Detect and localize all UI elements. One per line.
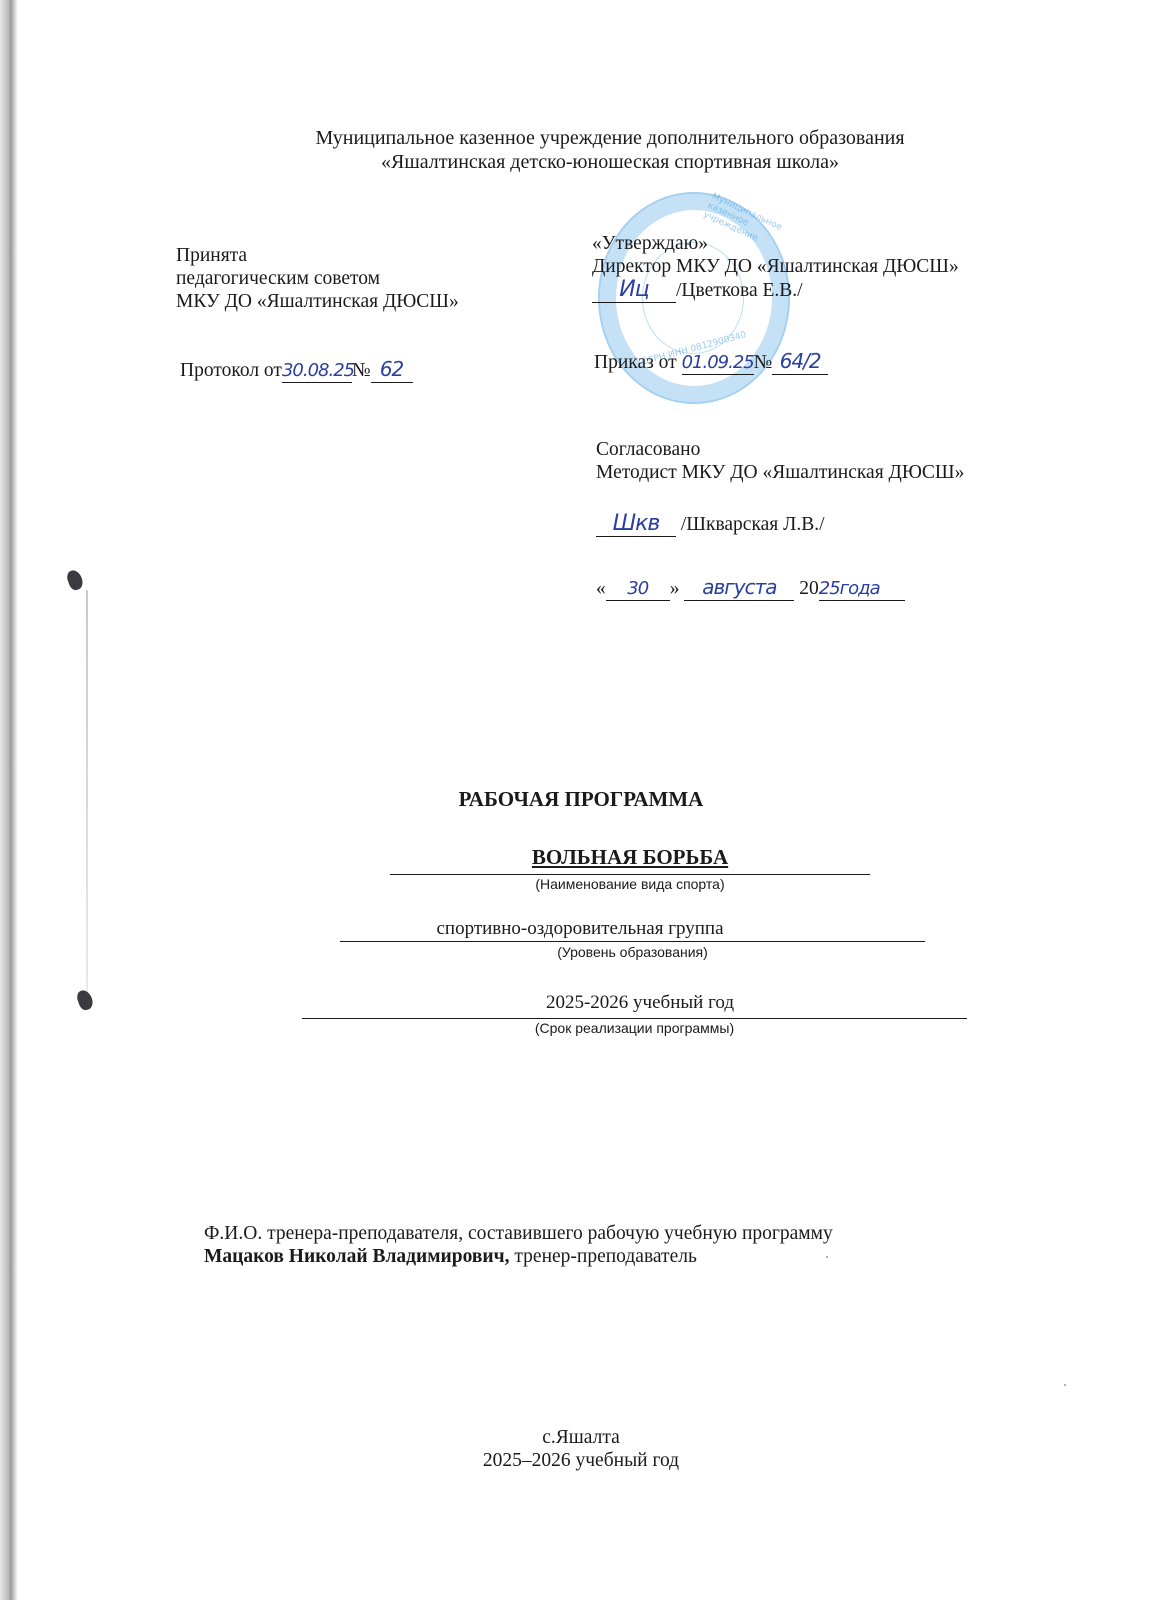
order-number: 64/2 <box>780 349 821 373</box>
agreed-block: Согласовано Методист МКУ ДО «Яшалтинская… <box>596 438 964 484</box>
protocol-label: Протокол от <box>180 360 282 381</box>
sport-field: ВОЛЬНАЯ БОРЬБА <box>390 845 870 870</box>
scan-speck <box>1064 1384 1066 1386</box>
agreed-year-prefix: 20 <box>799 578 819 599</box>
period-value: 2025-2026 учебный год <box>300 992 980 1014</box>
institution-name-line2: «Яшалтинская детско-юношеская спортивная… <box>260 150 960 174</box>
agreed-date-line: «30» августа 2025года <box>596 576 905 601</box>
footer-year: 2025–2026 учебный год <box>0 1449 1162 1472</box>
scan-speck <box>826 1256 828 1258</box>
methodist-signature: Шкв <box>613 511 660 536</box>
director-signature: Иц <box>619 277 648 302</box>
agreed-day: 30 <box>627 578 648 599</box>
footer-place: с.Яшалта <box>0 1426 1162 1449</box>
agreed-line2: Методист МКУ ДО «Яшалтинская ДЮСШ» <box>596 461 964 484</box>
institution-header: Муниципальное казенное учреждение дополн… <box>260 126 960 174</box>
program-title: РАБОЧАЯ ПРОГРАММА <box>0 787 1162 812</box>
period-underline <box>302 1018 967 1019</box>
author-name: Мацаков Николай Владимирович, <box>204 1246 510 1267</box>
accepted-line3: МКУ ДО «Яшалтинская ДЮСШ» <box>176 290 459 313</box>
protocol-number-label: № <box>352 360 371 381</box>
protocol-date: 30.08.25 <box>282 360 354 381</box>
institution-name-line1: Муниципальное казенное учреждение дополн… <box>260 126 960 150</box>
order-line: Приказ от 01.09.25№64/2 <box>594 350 828 375</box>
agreed-line1: Согласовано <box>596 438 964 461</box>
director-name: /Цветкова Е.В./ <box>676 280 803 301</box>
level-name: спортивно-оздоровительная группа <box>340 918 820 940</box>
protocol-line: Протокол от30.08.25№62 <box>180 358 413 383</box>
order-date: 01.09.25 <box>682 352 754 373</box>
approved-line2: Директор МКУ ДО «Яшалтинская ДЮСШ» <box>592 255 959 278</box>
accepted-block: Принята педагогическим советом МКУ ДО «Я… <box>176 244 459 313</box>
protocol-number: 62 <box>380 357 403 381</box>
methodist-name: /Шкварская Л.В./ <box>681 514 825 535</box>
author-role: тренер-преподаватель <box>510 1246 697 1267</box>
sport-underline <box>390 874 870 875</box>
sport-name: ВОЛЬНАЯ БОРЬБА <box>532 845 728 869</box>
approved-line1: «Утверждаю» <box>592 232 959 255</box>
author-line: Мацаков Николай Владимирович, тренер-пре… <box>204 1245 697 1268</box>
agreed-year-suffix: 25года <box>819 578 880 599</box>
author-label: Ф.И.О. тренера-преподавателя, составивше… <box>204 1222 833 1245</box>
sport-caption: (Наименование вида спорта) <box>390 876 870 892</box>
order-number-label: № <box>754 352 773 373</box>
quote-open: « <box>596 578 606 599</box>
footer: с.Яшалта 2025–2026 учебный год <box>0 1426 1162 1472</box>
methodist-signature-line: Шкв /Шкварская Л.В./ <box>596 512 825 537</box>
order-label: Приказ от <box>594 352 677 373</box>
approved-block: «Утверждаю» Директор МКУ ДО «Яшалтинская… <box>592 232 959 303</box>
accepted-line1: Принята <box>176 244 459 267</box>
period-caption: (Срок реализации программы) <box>302 1020 967 1036</box>
binding-hole-bottom <box>75 988 95 1012</box>
agreed-month: августа <box>702 575 776 599</box>
binding-hole-top <box>65 568 85 592</box>
quote-close: » <box>670 578 680 599</box>
accepted-line2: педагогическим советом <box>176 267 459 290</box>
level-underline <box>340 941 925 942</box>
level-caption: (Уровень образования) <box>340 944 925 960</box>
